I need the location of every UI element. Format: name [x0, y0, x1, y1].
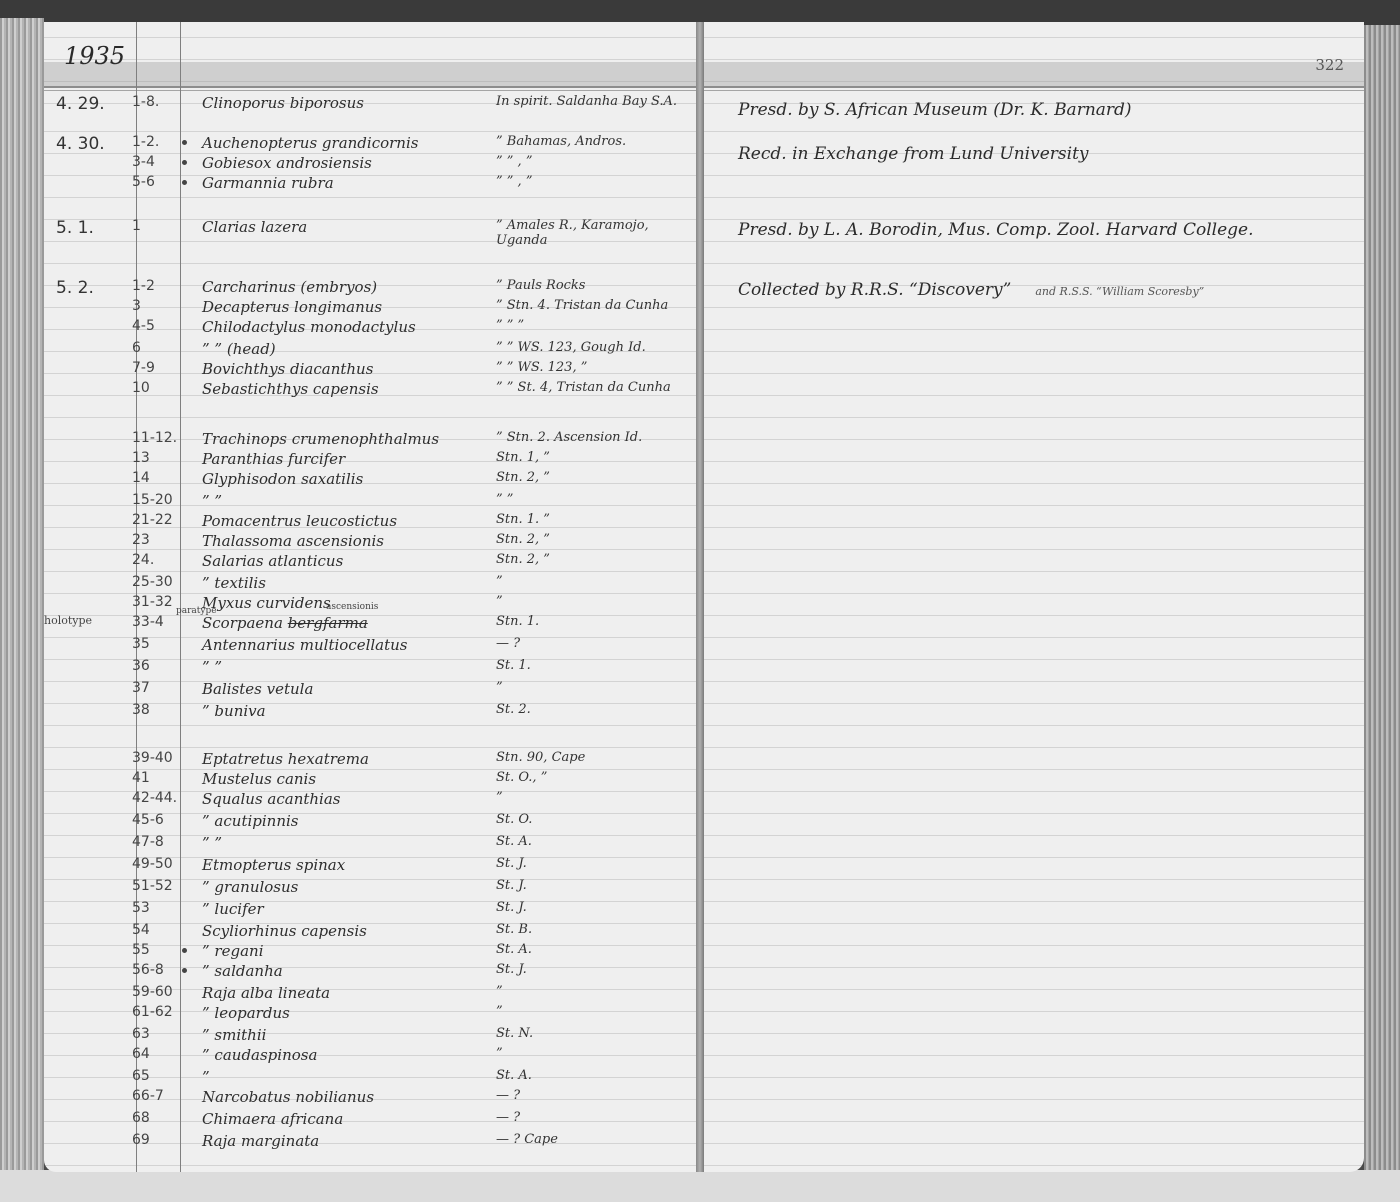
locality: ” Amales R., Karamojo, Uganda [496, 218, 696, 248]
species-name: Sebastichthys capensis [202, 380, 379, 398]
specimen-number: 66-7 [132, 1088, 164, 1104]
table-row: 68Chimaera africana — ? [44, 1110, 696, 1132]
locality: ” ” , ” [496, 154, 532, 169]
specimen-number: 38 [132, 702, 150, 718]
locality: ” Pauls Rocks [496, 278, 585, 293]
specimen-number: 54 [132, 922, 150, 938]
table-row: 51-52” granulosus St. J. [44, 878, 696, 900]
table-row: 55” regani St. A. [44, 942, 696, 964]
table-row: 4. 29.1-8.Clinoporus biporosusIn spirit.… [44, 94, 696, 116]
entry-date: 5. 2. [56, 278, 94, 298]
entry-date: 4. 30. [56, 134, 105, 154]
specimen-number: 51-52 [132, 878, 173, 894]
species-name: ” ” [202, 492, 222, 510]
species-name: ” saldanha [202, 962, 283, 980]
species-name: ” textilis [202, 574, 266, 592]
table-row: 42-44.Squalus acanthias ” [44, 790, 696, 812]
year-heading: 1935 [64, 42, 125, 70]
bullet-mark [182, 180, 187, 185]
provenance-note: Collected by R.R.S. “Discovery”and R.S.S… [738, 280, 1354, 310]
locality: St. J. [496, 900, 527, 915]
specimen-number: 1 [132, 218, 141, 234]
species-name: Balistes vetula [202, 680, 313, 698]
species-name: ” lucifer [202, 900, 264, 918]
table-row: 56-8” saldanha St. J. [44, 962, 696, 984]
locality: Stn. 1, ” [496, 450, 550, 465]
specimen-number: 21-22 [132, 512, 173, 528]
table-row: 41Mustelus canis St. O., ” [44, 770, 696, 792]
species-name: Decapterus longimanus [202, 298, 382, 316]
table-row: 49-50Etmopterus spinax St. J. [44, 856, 696, 878]
specimen-number: 59-60 [132, 984, 173, 1000]
left-page: 1935 4. 29.1-8.Clinoporus biporosusIn sp… [44, 22, 696, 1172]
species-name: ” acutipinnis [202, 812, 298, 830]
specimen-number: 6 [132, 340, 141, 356]
locality: ” [496, 1004, 503, 1019]
locality: St. N. [496, 1026, 533, 1041]
locality: St. A. [496, 1068, 532, 1083]
table-row: 10Sebastichthys capensis” ” St. 4, Trist… [44, 380, 696, 402]
species-name: ” ” [202, 658, 222, 676]
table-surface [0, 1170, 1400, 1202]
header-rule [704, 90, 1364, 91]
species-name: ” buniva [202, 702, 266, 720]
species-name: Pomacentrus leucostictus [202, 512, 397, 530]
species-name: ” caudaspinosa [202, 1046, 317, 1064]
specimen-number: 55 [132, 942, 150, 958]
locality: ” ” , ” [496, 174, 532, 189]
locality: — ? Cape [496, 1132, 558, 1147]
table-row: 21-22Pomacentrus leucostictus Stn. 1. ” [44, 512, 696, 534]
locality: ” ” ” [496, 318, 524, 333]
specimen-number: 63 [132, 1026, 150, 1042]
specimen-number: 35 [132, 636, 150, 652]
header-rule [704, 86, 1364, 88]
species-name: ” ” (head) [202, 340, 276, 358]
locality: St. O. [496, 812, 532, 827]
specimen-number: 23 [132, 532, 150, 548]
specimen-number: 69 [132, 1132, 150, 1148]
specimen-number: 3 [132, 298, 141, 314]
species-correction: ascensionis [326, 602, 378, 612]
species-name: Antennarius multiocellatus [202, 636, 408, 654]
specimen-number: 4-5 [132, 318, 155, 334]
table-row: 5. 2.1-2Carcharinus (embryos)” Pauls Roc… [44, 278, 696, 300]
table-row: 5. 1.1Clarias lazera” Amales R., Karamoj… [44, 218, 696, 240]
locality: ” [496, 594, 503, 609]
specimen-number: 10 [132, 380, 150, 396]
specimen-number: 42-44. [132, 790, 177, 806]
page-edges-right [1364, 25, 1400, 1175]
bullet-mark [182, 948, 187, 953]
header-band [44, 62, 696, 88]
entry-date: 5. 1. [56, 218, 94, 238]
table-row: 25-30” textilis ” [44, 574, 696, 596]
specimen-number: 56-8 [132, 962, 164, 978]
header-rule [44, 90, 696, 91]
specimen-number: 31-32 [132, 594, 173, 610]
specimen-number: 37 [132, 680, 150, 696]
locality: Stn. 1. [496, 614, 539, 629]
locality: ” [496, 574, 503, 589]
locality: Stn. 2, ” [496, 470, 550, 485]
provenance-note: Recd. in Exchange from Lund University [738, 144, 1354, 174]
specimen-number: 61-62 [132, 1004, 173, 1020]
locality: Stn. 2, ” [496, 532, 550, 547]
specimen-number: 14 [132, 470, 150, 486]
specimen-number: 45-6 [132, 812, 164, 828]
species-name: Mustelus canis [202, 770, 316, 788]
species-name: Trachinops crumenophthalmus [202, 430, 439, 448]
species-name: ” leopardus [202, 1004, 290, 1022]
species-name: Paranthias furcifer [202, 450, 345, 468]
locality: St. 1. [496, 658, 531, 673]
locality: ” ” [496, 492, 513, 507]
table-row: 7-9Bovichthys diacanthus” ” WS. 123, ” [44, 360, 696, 382]
species-name: Glyphisodon saxatilis [202, 470, 363, 488]
locality: Stn. 90, Cape [496, 750, 585, 765]
specimen-number: 1-8. [132, 94, 159, 110]
specimen-number: 3-4 [132, 154, 155, 170]
header-rule [44, 86, 696, 88]
locality: St. J. [496, 878, 527, 893]
species-name: Scorpaena bergfarma [202, 614, 368, 632]
locality: In spirit. Saldanha Bay S.A. [496, 94, 677, 109]
species-name: Eptatretus hexatrema [202, 750, 369, 768]
page-number: 322 [1315, 56, 1344, 74]
locality: ” [496, 680, 503, 695]
header-band [704, 62, 1364, 88]
specimen-number: 36 [132, 658, 150, 674]
species-name: ” granulosus [202, 878, 298, 896]
specimen-number: 64 [132, 1046, 150, 1062]
species-name: Scyliorhinus capensis [202, 922, 367, 940]
table-row: 69Raja marginata — ? Cape [44, 1132, 696, 1154]
table-row: 64” caudaspinosa ” [44, 1046, 696, 1068]
bullet-mark [182, 140, 187, 145]
table-row: 39-40Eptatretus hexatrema Stn. 90, Cape [44, 750, 696, 772]
provenance-note: Presd. by S. African Museum (Dr. K. Barn… [738, 100, 1354, 130]
table-row: 4. 30.1-2.Auchenopterus grandicornis” Ba… [44, 134, 696, 156]
table-row: 54Scyliorhinus capensis St. B. [44, 922, 696, 944]
table-row: 37Balistes vetula ” [44, 680, 696, 702]
locality: ” [496, 984, 503, 999]
species-name: ” [202, 1068, 210, 1086]
specimen-number: 41 [132, 770, 150, 786]
table-row: 5-6Garmannia rubra” ” , ” [44, 174, 696, 196]
table-row: 59-60Raja alba lineata ” [44, 984, 696, 1006]
specimen-number: 68 [132, 1110, 150, 1126]
species-name: Raja alba lineata [202, 984, 330, 1002]
species-name: Salarias atlanticus [202, 552, 343, 570]
table-row: 36” ” St. 1. [44, 658, 696, 680]
specimen-number: 11-12. [132, 430, 177, 446]
locality: St. B. [496, 922, 532, 937]
species-name: Etmopterus spinax [202, 856, 345, 874]
specimen-number: 1-2 [132, 278, 155, 294]
locality: — ? [496, 636, 520, 651]
table-row: 53” lucifer St. J. [44, 900, 696, 922]
locality: St. A. [496, 834, 532, 849]
table-row: holotype33-4paratypeScorpaena bergfarmaa… [44, 614, 696, 636]
specimen-number: 7-9 [132, 360, 155, 376]
locality: St. J. [496, 856, 527, 871]
bullet-mark [182, 160, 187, 165]
table-row: 3-4Gobiesox androsiensis” ” , ” [44, 154, 696, 176]
table-row: 66-7Narcobatus nobilianus — ? [44, 1088, 696, 1110]
species-name: Thalassoma ascensionis [202, 532, 384, 550]
locality: Stn. 2, ” [496, 552, 550, 567]
table-row: 24.Salarias atlanticus Stn. 2, ” [44, 552, 696, 574]
species-name: ” smithii [202, 1026, 266, 1044]
table-row: 61-62” leopardus ” [44, 1004, 696, 1026]
book-gutter [696, 22, 704, 1172]
specimen-number: 49-50 [132, 856, 173, 872]
species-name: Clinoporus biporosus [202, 94, 364, 112]
type-note: holotype [44, 614, 92, 627]
table-row: 63” smithii St. N. [44, 1026, 696, 1048]
provenance-note: Presd. by L. A. Borodin, Mus. Comp. Zool… [738, 220, 1354, 250]
species-name: Bovichthys diacanthus [202, 360, 373, 378]
table-row: 45-6” acutipinnis St. O. [44, 812, 696, 834]
species-name: Myxus curvidens [202, 594, 331, 612]
species-name: Chimaera africana [202, 1110, 343, 1128]
struck-text: bergfarma [288, 614, 368, 632]
table-row: 11-12.Trachinops crumenophthalmus” Stn. … [44, 430, 696, 452]
specimen-number: 24. [132, 552, 154, 568]
specimen-number: 15-20 [132, 492, 173, 508]
table-row: 47-8” ” St. A. [44, 834, 696, 856]
species-name: Chilodactylus monodactylus [202, 318, 416, 336]
table-row: 65” St. A. [44, 1068, 696, 1090]
specimen-number: 25-30 [132, 574, 173, 590]
table-row: 35Antennarius multiocellatus — ? [44, 636, 696, 658]
locality: Stn. 1. ” [496, 512, 550, 527]
bullet-mark [182, 968, 187, 973]
locality: ” ” St. 4, Tristan da Cunha [496, 380, 671, 395]
specimen-number: 65 [132, 1068, 150, 1084]
locality: St. O., ” [496, 770, 547, 785]
locality: St. A. [496, 942, 532, 957]
locality: ” Stn. 4. Tristan da Cunha [496, 298, 668, 313]
specimen-number: 13 [132, 450, 150, 466]
locality: ” [496, 790, 503, 805]
species-name: Garmannia rubra [202, 174, 334, 192]
specimen-number: 1-2. [132, 134, 159, 150]
table-row: 6” ” (head)” ” WS. 123, Gough Id. [44, 340, 696, 362]
entry-date: 4. 29. [56, 94, 105, 114]
locality: ” Stn. 2. Ascension Id. [496, 430, 642, 445]
specimen-number: 33-4 [132, 614, 164, 630]
table-row: 4-5Chilodactylus monodactylus” ” ” [44, 318, 696, 340]
locality: St. J. [496, 962, 527, 977]
specimen-number: 39-40 [132, 750, 173, 766]
species-name: Raja marginata [202, 1132, 319, 1150]
right-page: 322 Presd. by S. African Museum (Dr. K. … [704, 22, 1364, 1172]
table-row: 15-20” ” ” ” [44, 492, 696, 514]
species-name: Narcobatus nobilianus [202, 1088, 374, 1106]
table-row: 13Paranthias furcifer Stn. 1, ” [44, 450, 696, 472]
locality: — ? [496, 1110, 520, 1125]
table-row: 3Decapterus longimanus” Stn. 4. Tristan … [44, 298, 696, 320]
species-name: Clarias lazera [202, 218, 307, 236]
specimen-number: 53 [132, 900, 150, 916]
locality: ” ” WS. 123, ” [496, 360, 587, 375]
species-name: ” ” [202, 834, 222, 852]
species-name: ” regani [202, 942, 264, 960]
specimen-number: 5-6 [132, 174, 155, 190]
species-name: Auchenopterus grandicornis [202, 134, 418, 152]
locality: St. 2. [496, 702, 531, 717]
locality: — ? [496, 1088, 520, 1103]
species-name: Gobiesox androsiensis [202, 154, 372, 172]
provenance-addendum: and R.S.S. “William Scoresby” [1035, 285, 1204, 298]
table-row: 23Thalassoma ascensionis Stn. 2, ” [44, 532, 696, 554]
species-name: Carcharinus (embryos) [202, 278, 377, 296]
table-row: 38” buniva St. 2. [44, 702, 696, 724]
locality: ” ” WS. 123, Gough Id. [496, 340, 646, 355]
locality: ” Bahamas, Andros. [496, 134, 626, 149]
locality: ” [496, 1046, 503, 1061]
table-row: 14Glyphisodon saxatilis Stn. 2, ” [44, 470, 696, 492]
specimen-number: 47-8 [132, 834, 164, 850]
species-name: Squalus acanthias [202, 790, 340, 808]
page-edges-left [0, 18, 44, 1178]
